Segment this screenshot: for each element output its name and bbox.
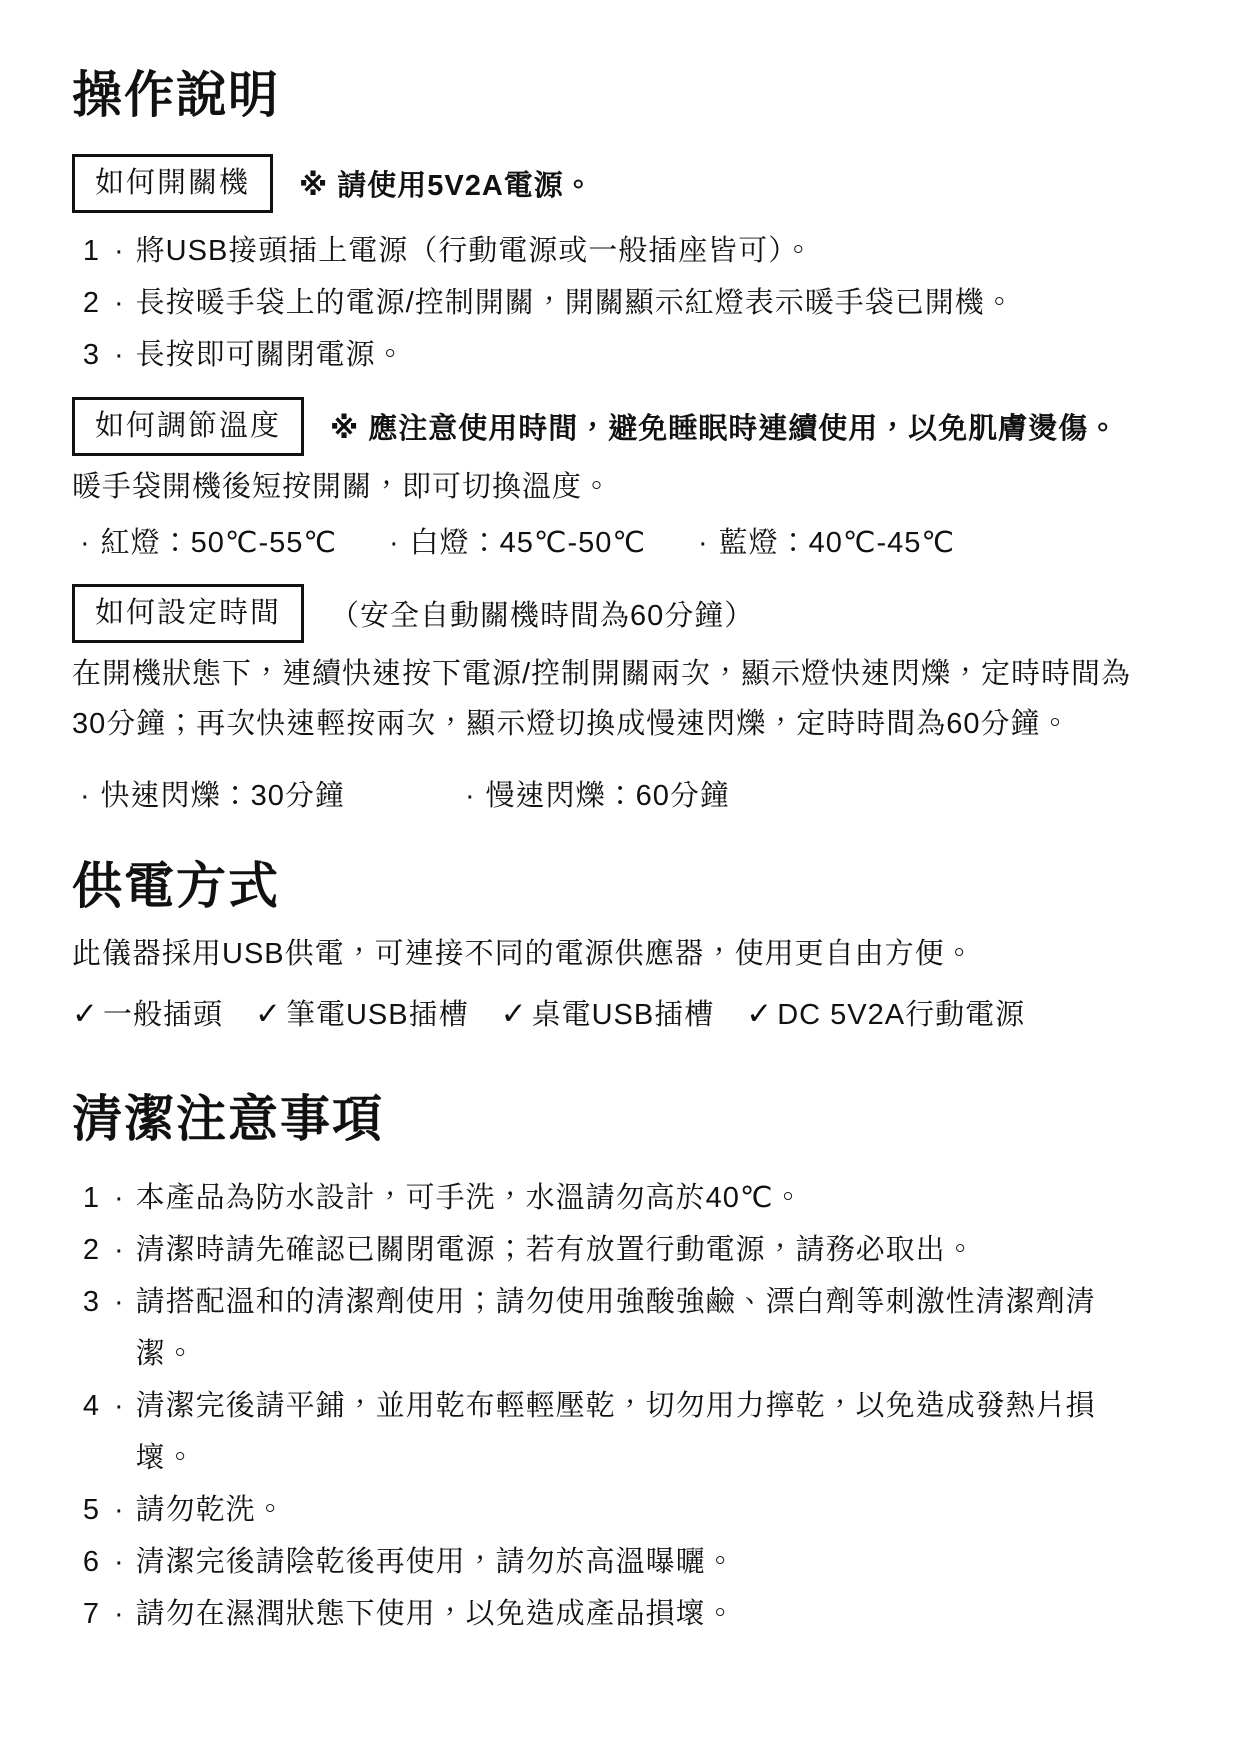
step-text: 本產品為防水設計，可手洗，水溫請勿高於40℃。 <box>136 1172 1154 1224</box>
list-item: 2 · 清潔時請先確認已關閉電源；若有放置行動電源，請務必取出。 <box>72 1224 1154 1276</box>
power-onoff-note: ※ 請使用5V2A電源。 <box>299 163 594 204</box>
power-option-text: 桌電USB插槽 <box>532 990 715 1040</box>
step-number: 7 <box>80 1588 102 1640</box>
bullet-dot: · <box>114 1588 124 1640</box>
list-item: 2 · 長按暖手袋上的電源/控制開關，開關顯示紅燈表示暖手袋已開機。 <box>72 277 1154 329</box>
bullet-dot: · <box>114 329 124 381</box>
timer-note: （安全自動關機時間為60分鐘） <box>330 593 754 634</box>
step-number: 4 <box>80 1380 102 1432</box>
timer-header: 如何設定時間 （安全自動關機時間為60分鐘） <box>72 584 1154 643</box>
bullet-dot: · <box>114 277 124 329</box>
list-item: 1 · 將USB接頭插上電源（行動電源或一般插座皆可）。 <box>72 225 1154 277</box>
cleaning-title: 清潔注意事項 <box>72 1088 1154 1150</box>
bullet-dot: · <box>80 518 91 568</box>
step-number: 1 <box>80 1172 102 1224</box>
step-number: 1 <box>80 225 102 277</box>
power-supply-options: ✓ 一般插頭 ✓ 筆電USB插槽 ✓ 桌電USB插槽 ✓ DC 5V2A行動電源 <box>72 989 1154 1040</box>
bullet-dot: · <box>698 518 709 568</box>
check-icon: ✓ <box>501 989 528 1039</box>
power-onoff-header: 如何開關機 ※ 請使用5V2A電源。 <box>72 154 1154 213</box>
temperature-level-text: 白燈：45℃-50℃ <box>410 518 646 568</box>
step-text: 長按暖手袋上的電源/控制開關，開關顯示紅燈表示暖手袋已開機。 <box>136 277 1154 329</box>
list-item: 6 · 清潔完後請陰乾後再使用，請勿於高溫曝曬。 <box>72 1536 1154 1588</box>
step-number: 3 <box>80 329 102 381</box>
step-text: 清潔完後請陰乾後再使用，請勿於高溫曝曬。 <box>136 1536 1154 1588</box>
temperature-level-text: 藍燈：40℃-45℃ <box>719 518 955 568</box>
list-item: 1 · 本產品為防水設計，可手洗，水溫請勿高於40℃。 <box>72 1172 1154 1224</box>
section-cleaning: 清潔注意事項 1 · 本產品為防水設計，可手洗，水溫請勿高於40℃。 2 · 清… <box>72 1088 1154 1640</box>
section-operation: 操作說明 如何開關機 ※ 請使用5V2A電源。 1 · 將USB接頭插上電源（行… <box>72 64 1154 821</box>
bullet-dot: · <box>114 1172 124 1224</box>
temperature-description: 暖手袋開機後短按開關，即可切換溫度。 <box>72 462 1154 512</box>
timer-mode: · 快速閃爍：30分鐘 <box>72 771 345 821</box>
temperature-levels: · 紅燈：50℃-55℃ · 白燈：45℃-50℃ · 藍燈：40℃-45℃ <box>72 518 1154 568</box>
list-item: 4 · 清潔完後請平鋪，並用乾布輕輕壓乾，切勿用力擰乾，以免造成發熱片損壞。 <box>72 1380 1154 1484</box>
temperature-note: ※ 應注意使用時間，避免睡眠時連續使用，以免肌膚燙傷。 <box>330 406 1118 447</box>
timer-box-label: 如何設定時間 <box>72 584 304 643</box>
timer-mode-text: 快速閃爍：30分鐘 <box>101 771 345 821</box>
cleaning-list: 1 · 本產品為防水設計，可手洗，水溫請勿高於40℃。 2 · 清潔時請先確認已… <box>72 1172 1154 1640</box>
step-text: 請搭配溫和的清潔劑使用；請勿使用強酸強鹼、漂白劑等刺激性清潔劑清潔。 <box>136 1276 1154 1380</box>
bullet-dot: · <box>114 1380 124 1432</box>
power-onoff-box-label: 如何開關機 <box>72 154 273 213</box>
power-option-text: 筆電USB插槽 <box>286 990 469 1040</box>
check-icon: ✓ <box>746 989 773 1039</box>
bullet-dot: · <box>114 1224 124 1276</box>
power-option: ✓ 一般插頭 <box>72 989 223 1040</box>
step-text: 清潔完後請平鋪，並用乾布輕輕壓乾，切勿用力擰乾，以免造成發熱片損壞。 <box>136 1380 1154 1484</box>
step-number: 3 <box>80 1276 102 1328</box>
power-onoff-steps: 1 · 將USB接頭插上電源（行動電源或一般插座皆可）。 2 · 長按暖手袋上的… <box>72 225 1154 381</box>
bullet-dot: · <box>114 1276 124 1328</box>
list-item: 3 · 請搭配溫和的清潔劑使用；請勿使用強酸強鹼、漂白劑等刺激性清潔劑清潔。 <box>72 1276 1154 1380</box>
manual-page: 操作說明 如何開關機 ※ 請使用5V2A電源。 1 · 將USB接頭插上電源（行… <box>0 0 1242 1640</box>
bullet-dot: · <box>465 771 476 821</box>
step-text: 長按即可關閉電源。 <box>136 329 1154 381</box>
check-icon: ✓ <box>255 989 282 1039</box>
list-item: 3 · 長按即可關閉電源。 <box>72 329 1154 381</box>
step-text: 將USB接頭插上電源（行動電源或一般插座皆可）。 <box>136 225 1154 277</box>
list-item: 5 · 請勿乾洗。 <box>72 1484 1154 1536</box>
power-option: ✓ 桌電USB插槽 <box>501 989 715 1040</box>
section-power-supply: 供電方式 此儀器採用USB供電，可連接不同的電源供應器，使用更自由方便。 ✓ 一… <box>72 855 1154 1040</box>
power-option: ✓ DC 5V2A行動電源 <box>746 989 1025 1040</box>
timer-description: 在開機狀態下，連續快速按下電源/控制開關兩次，顯示燈快速閃爍，定時時間為30分鐘… <box>72 649 1154 749</box>
step-text: 請勿乾洗。 <box>136 1484 1154 1536</box>
bullet-dot: · <box>389 518 400 568</box>
step-number: 5 <box>80 1484 102 1536</box>
operation-title: 操作說明 <box>72 64 1154 126</box>
power-option-text: DC 5V2A行動電源 <box>777 990 1025 1040</box>
timer-mode-text: 慢速閃爍：60分鐘 <box>486 771 730 821</box>
bullet-dot: · <box>114 1536 124 1588</box>
step-number: 2 <box>80 1224 102 1276</box>
temperature-level-text: 紅燈：50℃-55℃ <box>101 518 337 568</box>
power-supply-title: 供電方式 <box>72 855 1154 917</box>
temperature-level: · 紅燈：50℃-55℃ <box>72 518 337 568</box>
timer-mode: · 慢速閃爍：60分鐘 <box>457 771 730 821</box>
step-number: 2 <box>80 277 102 329</box>
bullet-dot: · <box>114 1484 124 1536</box>
power-supply-description: 此儀器採用USB供電，可連接不同的電源供應器，使用更自由方便。 <box>72 929 1154 979</box>
step-text: 清潔時請先確認已關閉電源；若有放置行動電源，請務必取出。 <box>136 1224 1154 1276</box>
temperature-header: 如何調節溫度 ※ 應注意使用時間，避免睡眠時連續使用，以免肌膚燙傷。 <box>72 397 1154 456</box>
timer-modes: · 快速閃爍：30分鐘 · 慢速閃爍：60分鐘 <box>72 771 1154 821</box>
power-option-text: 一般插頭 <box>103 990 223 1040</box>
power-option: ✓ 筆電USB插槽 <box>255 989 469 1040</box>
bullet-dot: · <box>114 225 124 277</box>
check-icon: ✓ <box>72 989 99 1039</box>
step-number: 6 <box>80 1536 102 1588</box>
temperature-box-label: 如何調節溫度 <box>72 397 304 456</box>
temperature-level: · 藍燈：40℃-45℃ <box>690 518 955 568</box>
step-text: 請勿在濕潤狀態下使用，以免造成產品損壞。 <box>136 1588 1154 1640</box>
temperature-level: · 白燈：45℃-50℃ <box>381 518 646 568</box>
list-item: 7 · 請勿在濕潤狀態下使用，以免造成產品損壞。 <box>72 1588 1154 1640</box>
bullet-dot: · <box>80 771 91 821</box>
